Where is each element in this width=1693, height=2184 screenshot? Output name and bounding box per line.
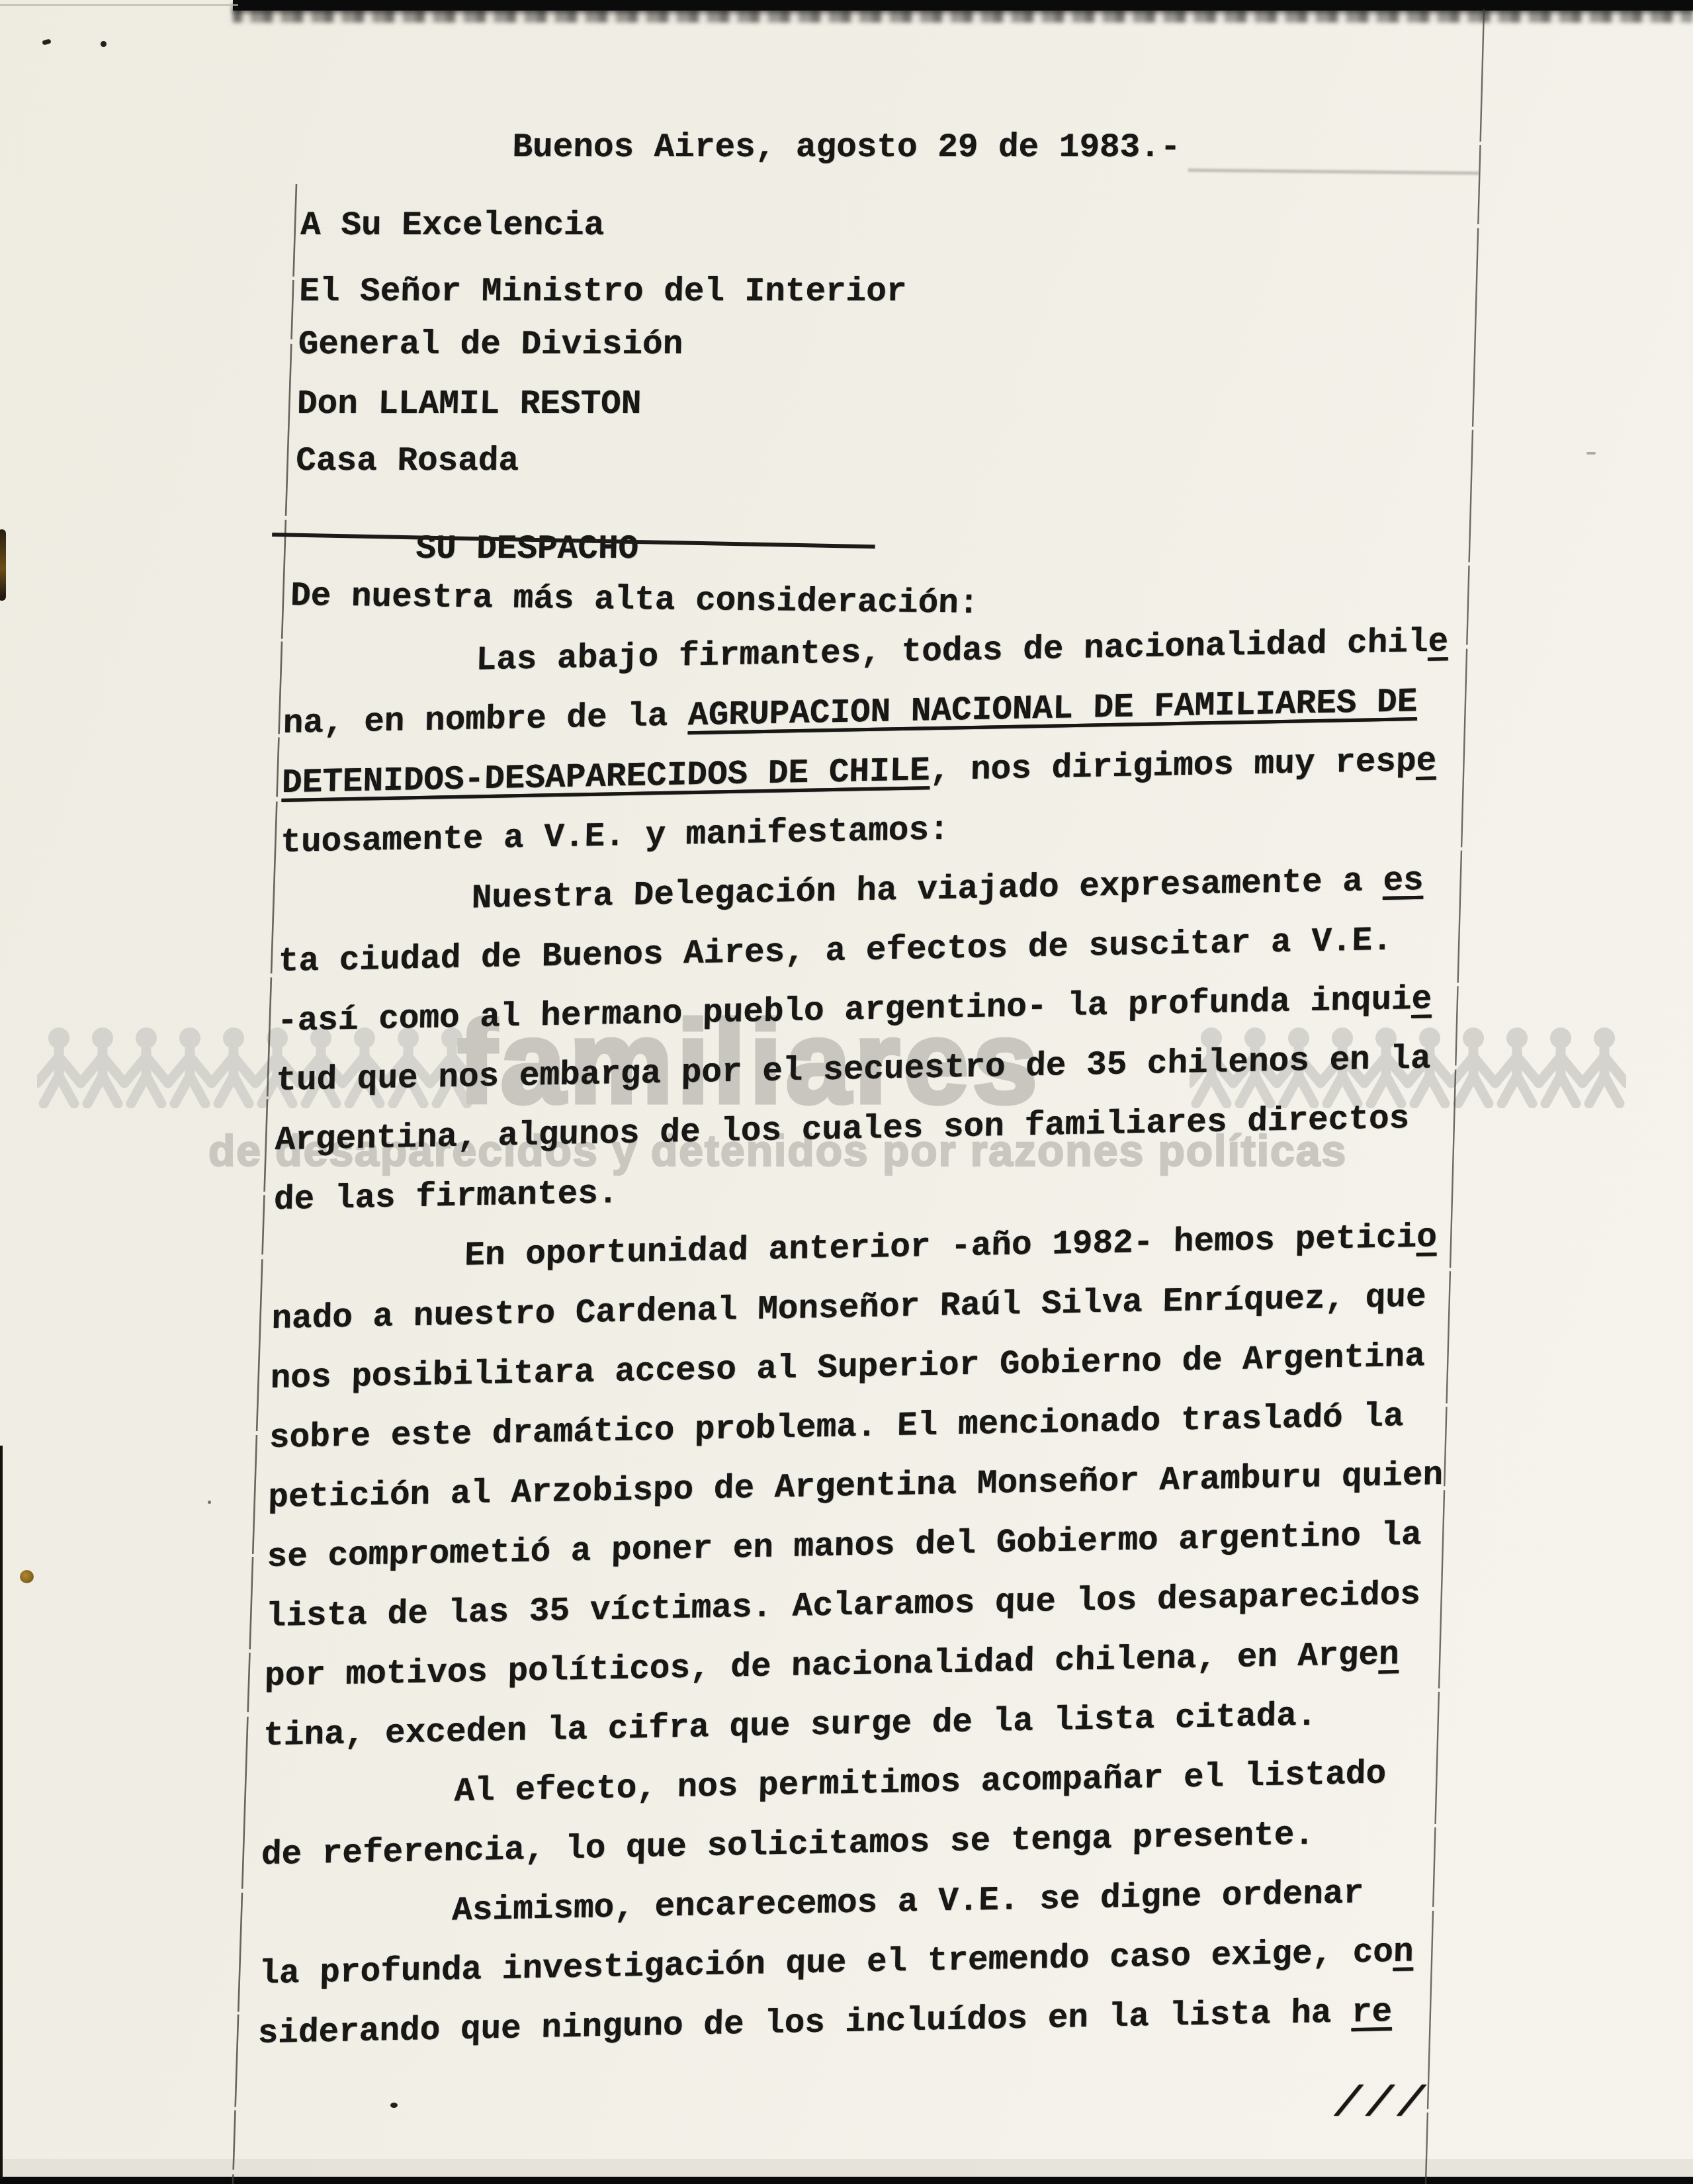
underlined-text: DETENIDOS-DESAPARECIDOS DE CHILE: [281, 752, 930, 803]
typed-text: Nuestra Delegación ha viajado expresamen…: [471, 863, 1383, 918]
typed-text: lista de las 35 víctimas. Aclaramos que …: [265, 1577, 1420, 1636]
typed-text: nado a nuestro Cardenal Monseñor Raúl Si…: [271, 1279, 1426, 1338]
typed-text: siderando que ninguno de los incluídos e…: [257, 1994, 1352, 2053]
typed-text: Argentina, algunos de los cuales son fam…: [275, 1100, 1410, 1160]
date-line: Buenos Aires, agosto 29 de 1983.-: [512, 129, 1181, 167]
typed-text: por motivos políticos, de nacionalidad c…: [265, 1637, 1379, 1696]
recipient-line: General de División: [298, 326, 683, 364]
page-continuation-mark: ///: [1328, 2081, 1436, 2128]
typed-text: se comprometió a poner en manos del Gobi…: [267, 1517, 1422, 1577]
typed-text: petición al Arzobispo de Argentina Monse…: [268, 1457, 1444, 1517]
date-underline-smudge: [1188, 169, 1479, 175]
typed-text: sobre este dramático problema. El mencio…: [269, 1398, 1404, 1458]
underlined-text: n: [1378, 1636, 1399, 1675]
recipient-line: El Señor Ministro del Interior: [299, 273, 907, 311]
typed-text: ta ciudad de Buenos Aires, a efectos de …: [278, 922, 1393, 981]
typed-text: tina, exceden la cifra que surge de la l…: [263, 1697, 1317, 1755]
typed-text: la profunda investigación que el tremend…: [259, 1934, 1394, 1993]
underlined-text: AGRUPACION NACIONAL DE FAMILIARES DE: [688, 683, 1418, 735]
typed-text: de las firmantes.: [273, 1175, 619, 1219]
typed-text: nos posibilitara acceso al Superior Gobi…: [270, 1338, 1425, 1398]
salutation: De nuestra más alta consideración:: [290, 578, 979, 623]
letter-content: Buenos Aires, agosto 29 de 1983.- A Su E…: [255, 129, 1505, 2154]
despacho-line: SU DESPACHO: [292, 493, 640, 644]
typed-text: na, en nombre de la: [282, 697, 688, 743]
underlined-text: e: [1411, 981, 1432, 1020]
recipient-line: A Su Excelencia: [300, 207, 605, 245]
recipient-line: Don LLAMIL RESTON: [296, 386, 641, 423]
recipient-line: Casa Rosada: [296, 443, 519, 480]
underlined-text: es: [1383, 862, 1424, 900]
typed-text: , nos dirigimos muy resp: [930, 743, 1416, 790]
underlined-text: e: [1428, 623, 1449, 662]
underlined-text: n: [1393, 1934, 1414, 1972]
underlined-text: o: [1416, 1219, 1438, 1257]
typed-text: En oportunidad anterior -año 1982- hemos…: [464, 1219, 1417, 1276]
typed-text: -así como al hermano pueblo argentino- l…: [277, 981, 1412, 1041]
scanned-letter-page: familiares de desaparecidos y detenidos …: [0, 0, 1693, 2184]
typed-text: Al efecto, nos permitimos acompañar el l…: [454, 1755, 1386, 1811]
typed-text: tuosamente a V.E. y manifestamos:: [281, 812, 949, 862]
typed-text: de referencia, lo que solicitamos se ten…: [261, 1816, 1315, 1874]
underlined-text: re: [1351, 1993, 1392, 2032]
underlined-text: e: [1416, 743, 1437, 781]
typed-text: Asimismo, encarecemos a V.E. se digne or…: [452, 1875, 1364, 1930]
typed-text: tud que nos embarga por el secuestro de …: [276, 1041, 1431, 1100]
typed-text: Las abajo firmantes, todas de nacionalid…: [476, 624, 1428, 680]
letter-body: Las abajo firmantes, todas de nacionalid…: [257, 613, 1459, 2064]
